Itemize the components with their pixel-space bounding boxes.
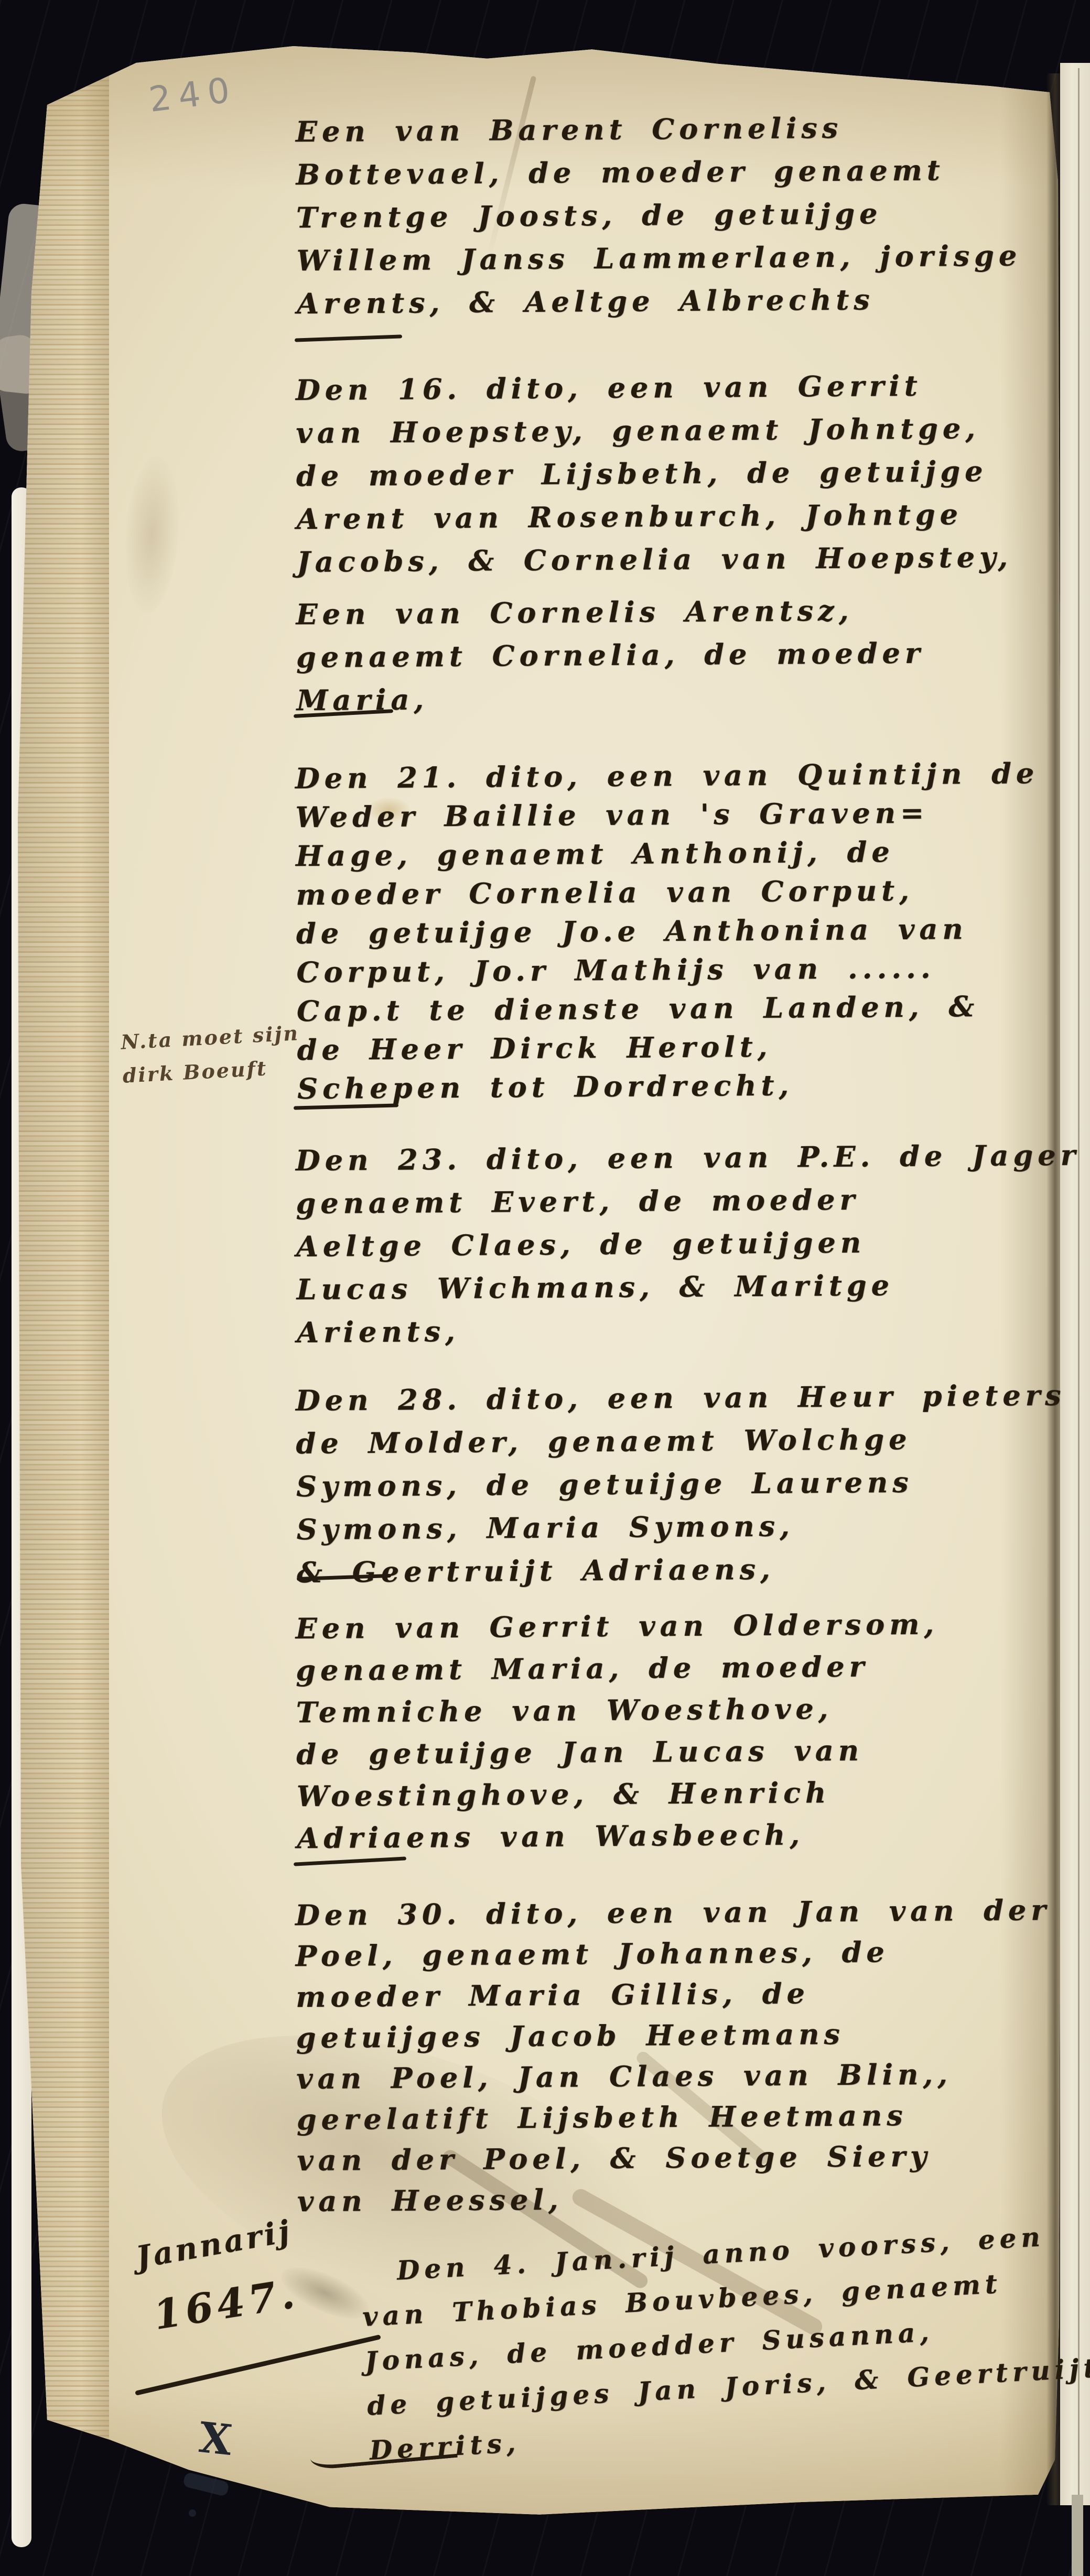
manuscript-line: Een van Gerrit van Oldersom,: [295, 1602, 1061, 1649]
margin-x-mark: X: [197, 2412, 234, 2465]
manuscript-line: Cap.t te dienste van Landen, &: [297, 986, 1062, 1030]
manuscript-line: de Molder, genaemt Wolchge: [296, 1417, 1062, 1465]
manuscript-line: Jacobs, & Cornelia van Hoepstey,: [297, 535, 1063, 583]
manuscript-line: Poel, genaemt Johannes, de: [295, 1930, 1061, 1976]
manuscript-line: Een van Barent Corneliss: [296, 105, 1062, 153]
manuscript-line: Symons, de getuijge Laurens: [296, 1460, 1062, 1508]
manuscript-line: Symons, Maria Symons,: [296, 1503, 1062, 1551]
manuscript-line: Temniche van Woesthove,: [296, 1686, 1062, 1733]
manuscript-line: Weder Baillie van 's Graven=: [295, 792, 1061, 836]
manuscript-line: genaemt Maria, de moeder: [296, 1644, 1062, 1691]
manuscript-line: van Hoepstey, genaemt Johntge,: [296, 406, 1062, 454]
manuscript-line: Lucas Wichmans, & Maritge: [296, 1263, 1062, 1311]
manuscript-line: Arients,: [297, 1306, 1063, 1354]
manuscript-line: de moeder Lijsbeth, de getuijge: [296, 449, 1062, 497]
manuscript-line: de Heer Dirck Herolt,: [297, 1025, 1062, 1069]
facing-page-sliver: [1072, 2495, 1083, 2576]
baptism-entry-7: Een van Gerrit van Oldersom,genaemt Mari…: [295, 1602, 1062, 1859]
manuscript-line: Den 23. dito, een van P.E. de Jager: [296, 1134, 1062, 1182]
manuscript-line: Woestinghove, & Henrich: [297, 1770, 1063, 1817]
manuscript-line: Hage, genaemt Anthonij, de: [296, 831, 1061, 875]
facing-page-edge-line: [1078, 68, 1080, 2505]
ink-smudge: [189, 2509, 196, 2517]
manuscript-line: Den 30. dito, een van Jan van der: [295, 1889, 1061, 1936]
manuscript-line: Bottevael, de moeder genaemt: [296, 148, 1062, 196]
manuscript-line: Schepen tot Dordrecht,: [297, 1064, 1063, 1108]
background: [1083, 2505, 1090, 2576]
baptism-entry-5: Den 23. dito, een van P.E. de Jagergenae…: [296, 1134, 1063, 1354]
manuscript-line: Corput, Jo.r Mathijs van ......: [296, 948, 1062, 992]
manuscript-line: & Geertruijt Adriaens,: [297, 1546, 1063, 1594]
facing-page-sliver: [1060, 63, 1090, 2505]
manuscript-line: van der Poel, & Soetge Siery: [297, 2135, 1063, 2181]
manuscript-line: moeder Maria Gillis, de: [296, 1971, 1062, 2017]
manuscript-line: moeder Cornelia van Corput,: [296, 870, 1061, 914]
baptism-entry-1: Een van Barent CornelissBottevael, de mo…: [296, 105, 1063, 325]
baptism-entry-8: Den 30. dito, een van Jan van derPoel, g…: [295, 1889, 1063, 2222]
manuscript-line: Willem Janss Lammerlaen, jorisge: [296, 234, 1062, 282]
manuscript-line: Arent van Rosenburch, Johntge: [296, 492, 1062, 540]
manuscript-line: van Poel, Jan Claes van Blin,,: [296, 2053, 1062, 2099]
manuscript-line: getuijges Jacob Heetmans: [296, 2012, 1062, 2058]
register-page-photograph: 240 Een van Barent CornelissBottevael, d…: [0, 0, 1090, 2576]
paper-stain: [121, 454, 184, 615]
manuscript-line: Adriaens van Wasbeech,: [297, 1812, 1063, 1859]
manuscript-line: Arents, & Aeltge Albrechts: [297, 277, 1063, 325]
manuscript-line: Aeltge Claes, de getuijgen: [296, 1220, 1062, 1268]
manuscript-line: Trentge Joosts, de getuijge: [296, 191, 1062, 239]
manuscript-line: Den 21. dito, een van Quintijn de: [295, 754, 1061, 798]
manuscript-line: gerelatift Lijsbeth Heetmans: [297, 2094, 1063, 2140]
baptism-entry-4: Den 21. dito, een van Quintijn deWeder B…: [295, 754, 1063, 1108]
manuscript-line: Den 28. dito, een van Heur pieters: [296, 1374, 1062, 1422]
manuscript-line: de getuijge Jo.e Anthonina van: [296, 909, 1062, 953]
manuscript-line: van Heessel,: [297, 2176, 1063, 2222]
manuscript-line: Maria,: [296, 673, 1062, 722]
manuscript-line: de getuijge Jan Lucas van: [296, 1728, 1062, 1775]
baptism-entry-6: Den 28. dito, een van Heur pietersde Mol…: [296, 1374, 1063, 1594]
manuscript-line: Een van Cornelis Arentsz,: [296, 588, 1062, 636]
baptism-entry-3: Een van Cornelis Arentsz,genaemt Corneli…: [296, 588, 1062, 722]
manuscript-line: genaemt Evert, de moeder: [296, 1177, 1062, 1225]
baptism-entry-9: Den 4. Jan.rij anno voorss, eenvan Thobi…: [359, 2213, 1072, 2473]
margin-correction-note: N.ta moet sijndirk Boeuft: [120, 1016, 301, 1093]
baptism-entry-2: Den 16. dito, een van Gerritvan Hoepstey…: [296, 363, 1063, 583]
manuscript-line: genaemt Cornelia, de moeder: [296, 631, 1062, 679]
manuscript-line: Den 16. dito, een van Gerrit: [296, 363, 1062, 411]
